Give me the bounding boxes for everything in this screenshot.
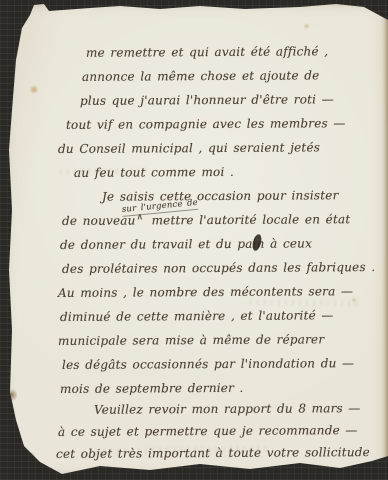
text-line: Veuillez revoir mon rapport du 8 mars — — [56, 397, 376, 421]
insertion-anchor: ∧sur l'urgence de — [136, 214, 152, 224]
paragraph-3: Veuillez revoir mon rapport du 8 mars — … — [56, 398, 376, 464]
text-line: des prolétaires non occupés dans les fab… — [56, 255, 376, 281]
paragraph-2: Je saisis cette occasion pour insister d… — [56, 184, 376, 400]
text-line: du Conseil municipal , qui seraient jeté… — [56, 135, 376, 161]
text-line-with-insertion: de nouveau∧sur l'urgence demettre l'auto… — [56, 207, 376, 233]
text-line: tout vif en compagnie avec les membres — — [56, 111, 376, 137]
text-line: de donner du travail et du pain à ceux — [56, 231, 376, 257]
text-line: au feu tout comme moi . — [56, 159, 376, 185]
text-line: annonce la même chose et ajoute de — [56, 63, 376, 89]
manuscript-page: me remettre et qui avait été affiché , a… — [0, 0, 388, 480]
text-line: diminué de cette manière , et l'autorité… — [56, 303, 376, 329]
fox-spot — [29, 85, 39, 94]
paragraph-1: me remettre et qui avait été affiché , a… — [56, 40, 376, 184]
text-line: municipale sera mise à même de réparer — [56, 327, 376, 353]
text-line: les dégâts occasionnés par l'inondation … — [56, 351, 376, 377]
text-line: Je saisis cette occasion pour insister — [56, 183, 376, 209]
text-line: à ce sujet et permettre que je recommand… — [56, 419, 376, 443]
text-line: plus que j'aurai l'honneur d'être roti — — [56, 87, 376, 113]
text-line: cet objet très important à toute votre s… — [56, 441, 376, 465]
line-text-rest: mettre l'autorité locale en état — [152, 212, 351, 227]
text-line: Au moins , le nombre des mécontents sera… — [56, 279, 376, 305]
fox-spot — [303, 23, 310, 29]
text-line: me remettre et qui avait été affiché , — [56, 39, 376, 65]
